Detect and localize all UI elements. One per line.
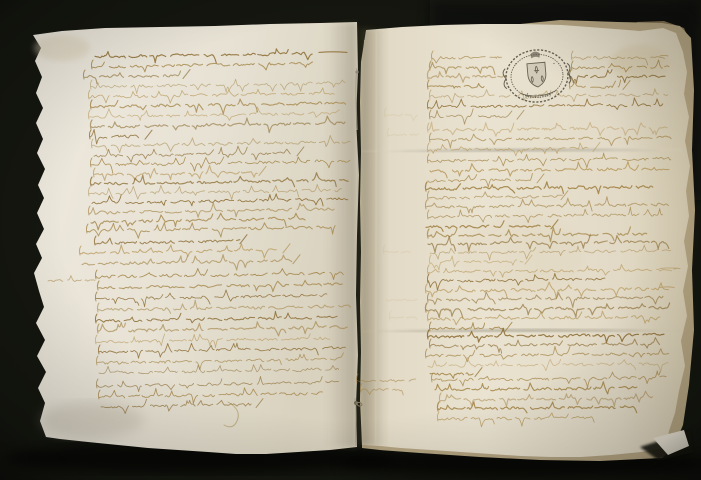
manuscript-photo: DE TOVRS bbox=[0, 0, 701, 480]
photo-vignette bbox=[0, 0, 701, 480]
